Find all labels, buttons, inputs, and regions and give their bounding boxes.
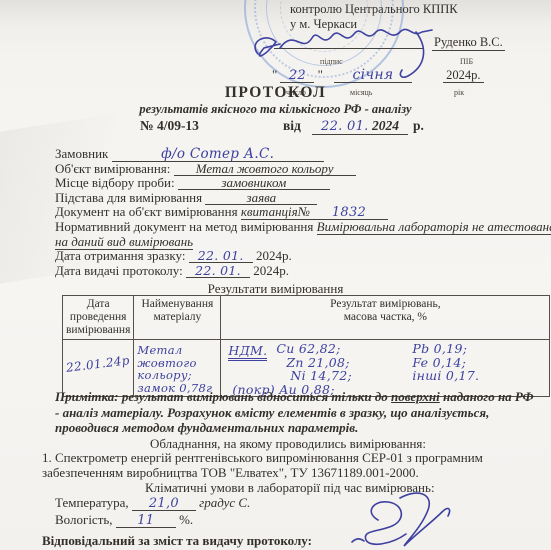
object-value: Метал жовтого кольору: [174, 162, 356, 176]
results-data-row: 22.01.24р Метал жовтого кольору; замок 0…: [63, 340, 550, 397]
temperature-value: 21,0: [132, 497, 196, 511]
result-values: НДМ. Cu 62,82; Zn 21,08; Ni 14,72; (покр…: [224, 342, 546, 394]
field-sample-received-date: Дата отримання зразку: 22. 01. 2024р.: [55, 248, 541, 263]
equipment-item-1: 1. Спектрометр енергій рентгенівського в…: [42, 450, 520, 480]
fields-block: Замовник ф/о Сотер А.С. Об'єкт вимірюван…: [55, 146, 541, 277]
note-underlined-word: поверхні: [391, 389, 440, 404]
field-object: Об'єкт вимірювання: Метал жовтого кольор…: [55, 161, 541, 176]
approver-name: Руденко В.С.: [432, 35, 505, 51]
result-other: інші 0,17.: [412, 369, 479, 383]
temperature-label: Температура,: [55, 495, 129, 510]
field-protocol-issued-date: Дата видачі протоколу: 22. 01. 2024р.: [55, 263, 541, 278]
results-table: Дата проведення вимірювання Найменування…: [62, 295, 550, 397]
approval-month: січня: [334, 69, 412, 83]
field-object-document: Документ на об'єкт вимірювання квитанція…: [55, 204, 541, 219]
document-title: ПРОТОКОЛ: [0, 84, 551, 102]
cell-measure-date: 22.01.24р: [63, 340, 134, 397]
normative-label: Нормативний документ на метод вимірюванн…: [55, 219, 313, 234]
protocol-number: № 4/09-13: [140, 118, 199, 134]
issued-year: 2024р.: [253, 263, 289, 278]
issued-label: Дата видачі протоколу:: [55, 263, 183, 278]
results-header-row: Дата проведення вимірювання Найменування…: [63, 296, 550, 340]
approval-day: 22: [280, 69, 314, 83]
note-paragraph: Примітка: результат вимірювань відносить…: [55, 389, 537, 436]
document-subtitle: результатів якісного та кількісного РФ -…: [0, 102, 551, 117]
signature-line: [274, 48, 424, 49]
normative-value-cont: на даний вид вимірювань: [55, 234, 193, 250]
protocol-date: 22. 01. 2024: [312, 118, 408, 135]
method-label: НДМ.: [228, 344, 267, 361]
approval-date-row: " 22 " січня 2024р.: [272, 67, 547, 85]
protocol-date-hand: 22. 01.: [321, 119, 369, 134]
result-zn: Zn 21,08;: [286, 356, 352, 370]
temperature-row: Температура, 21,0 градус С.: [55, 495, 250, 511]
humidity-value: 11: [116, 514, 176, 528]
date-label: від: [283, 118, 301, 134]
approval-line2: у м. Черкаси: [272, 17, 547, 32]
column-result-line2: масова частка, %: [344, 311, 427, 323]
column-material: Найменування матеріалу: [134, 296, 221, 340]
column-result: Результат вимірювань, масова частка, %: [221, 296, 550, 340]
temperature-unit: градус С.: [199, 495, 250, 510]
approval-year: 2024р.: [443, 68, 483, 83]
result-column-b: Pb 0,19; Fe 0,14; інші 0,17.: [412, 342, 479, 383]
signature-captions: підпис ПІБ: [272, 54, 547, 64]
approval-block: контролю Центрального КППК у м. Черкаси …: [272, 2, 547, 95]
humidity-label: Вологість,: [55, 512, 113, 527]
result-pb: Pb 0,19;: [412, 342, 479, 356]
basis-label: Підстава для вимірювання: [55, 190, 202, 205]
quote-open: ": [272, 67, 277, 82]
field-normative-doc: Нормативний документ на метод вимірюванн…: [55, 219, 541, 234]
received-year: 2024р.: [256, 248, 292, 263]
result-ni: Ni 14,72;: [290, 369, 352, 383]
basis-value: заява: [205, 191, 317, 205]
field-customer: Замовник ф/о Сотер А.С.: [55, 146, 541, 161]
signature-row: Руденко В.С.: [272, 34, 547, 54]
column-date: Дата проведення вимірювання: [63, 296, 134, 340]
material-value: Метал жовтого кольору; замок 0,78г: [137, 344, 217, 394]
result-cu: Cu 62,82;: [276, 341, 340, 356]
cell-result: НДМ. Cu 62,82; Zn 21,08; Ni 14,72; (покр…: [221, 340, 550, 397]
customer-label: Замовник: [55, 146, 108, 161]
approval-line1: контролю Центрального КППК: [272, 2, 547, 17]
quote-close: ": [318, 67, 323, 82]
measure-date-value: 22.01.24р: [65, 354, 130, 375]
place-value: замовником: [178, 176, 330, 190]
place-label: Місце відбору проби:: [55, 175, 175, 190]
doc-value-printed: квитанція№: [241, 204, 310, 220]
responsible-label: Відповідальний за зміст та видачу проток…: [42, 533, 312, 549]
field-basis: Підстава для вимірювання заява: [55, 190, 541, 205]
result-fe: Fe 0,14;: [412, 356, 479, 370]
issued-date-hand: 22. 01.: [186, 264, 250, 278]
normative-value: Вимірювальна лабораторія не атестована: [317, 219, 551, 235]
object-label: Об'єкт вимірювання:: [55, 161, 170, 176]
received-date-hand: 22. 01.: [189, 249, 253, 263]
climate-heading: Кліматичні умови в лабораторії під час в…: [145, 480, 435, 496]
protocol-document: контролю Центрального КППК у м. Черкаси …: [0, 0, 551, 550]
result-column-a: Cu 62,82; Zn 21,08; Ni 14,72; (покр) Au …: [276, 342, 352, 396]
date-suffix: р.: [413, 118, 424, 134]
humidity-unit: %.: [179, 512, 193, 527]
doc-label: Документ на об'єкт вимірювання: [55, 204, 238, 219]
field-sampling-place: Місце відбору проби: замовником: [55, 175, 541, 190]
note-prefix: Примітка: результат вимірювань відносить…: [55, 389, 391, 404]
received-label: Дата отримання зразку:: [55, 248, 185, 263]
humidity-row: Вологість, 11 %.: [55, 512, 193, 528]
protocol-date-year: 2024: [372, 118, 399, 133]
cell-material: Метал жовтого кольору; замок 0,78г: [134, 340, 221, 397]
field-normative-doc-cont: на даний вид вимірювань: [55, 234, 541, 249]
column-result-line1: Результат вимірювань,: [330, 298, 441, 310]
